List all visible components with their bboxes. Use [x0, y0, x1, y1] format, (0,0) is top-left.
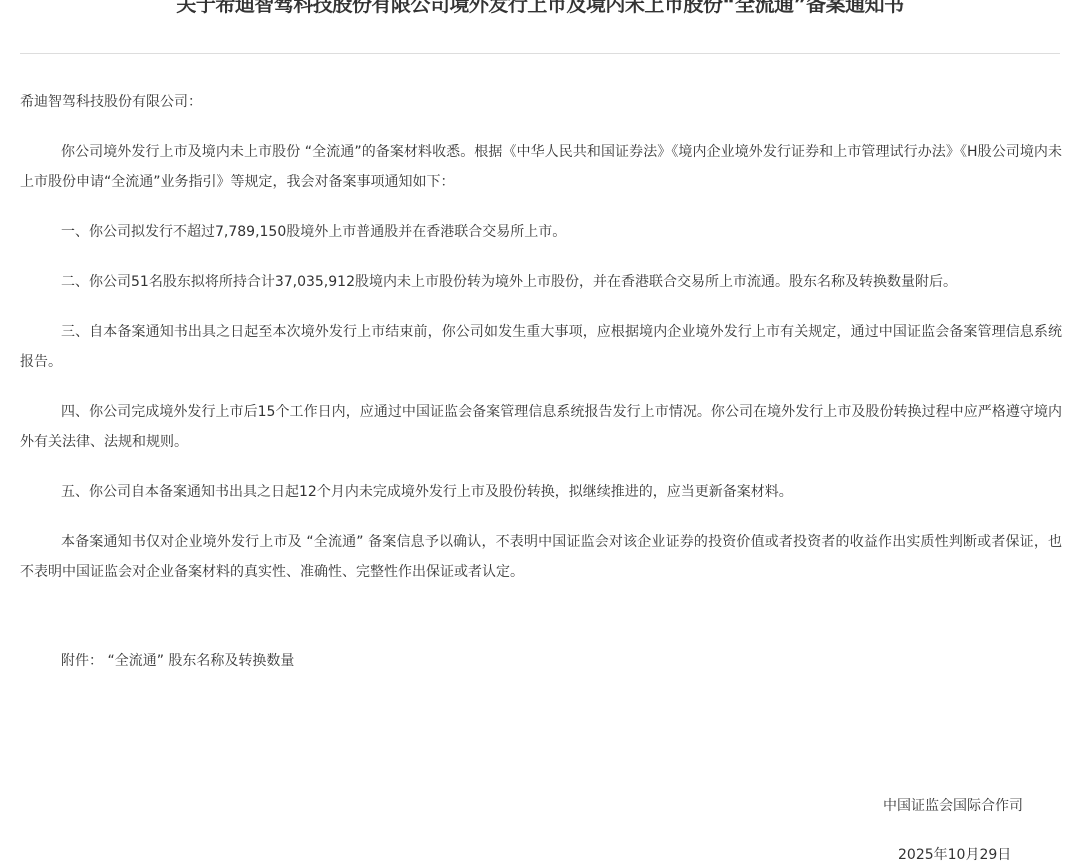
attachment-note: 附件： “全流通” 股东名称及转换数量 — [61, 646, 294, 676]
issuer-name: 中国证监会国际合作司 — [883, 792, 1023, 820]
salutation: 希迪智驾科技股份有限公司： — [20, 87, 1062, 117]
paragraph-item-4: 四、你公司完成境外发行上市后15个工作日内，应通过中国证监会备案管理信息系统报告… — [20, 397, 1062, 457]
paragraph-item-2: 二、你公司51名股东拟将所持合计37,035,912股境内未上市股份转为境外上市… — [20, 267, 1062, 297]
document-title: 关于希迪智驾科技股份有限公司境外发行上市及境内未上市股份“全流通”备案通知书 — [0, 0, 1080, 18]
paragraph-intro: 你公司境外发行上市及境内未上市股份 “全流通”的备案材料收悉。根据《中华人民共和… — [20, 137, 1062, 197]
document-body: 希迪智驾科技股份有限公司： 你公司境外发行上市及境内未上市股份 “全流通”的备案… — [20, 87, 1062, 607]
title-divider — [20, 53, 1060, 54]
paragraph-item-1: 一、你公司拟发行不超过7,789,150股境外上市普通股并在香港联合交易所上市。 — [20, 217, 1062, 247]
paragraph-disclaimer: 本备案通知书仅对企业境外发行上市及 “全流通” 备案信息予以确认，不表明中国证监… — [20, 527, 1062, 587]
paragraph-item-5: 五、你公司自本备案通知书出具之日起12个月内未完成境外发行上市及股份转换，拟继续… — [20, 477, 1062, 507]
issue-date: 2025年10月29日 — [898, 841, 1011, 866]
paragraph-item-3: 三、自本备案通知书出具之日起至本次境外发行上市结束前，你公司如发生重大事项，应根… — [20, 317, 1062, 377]
